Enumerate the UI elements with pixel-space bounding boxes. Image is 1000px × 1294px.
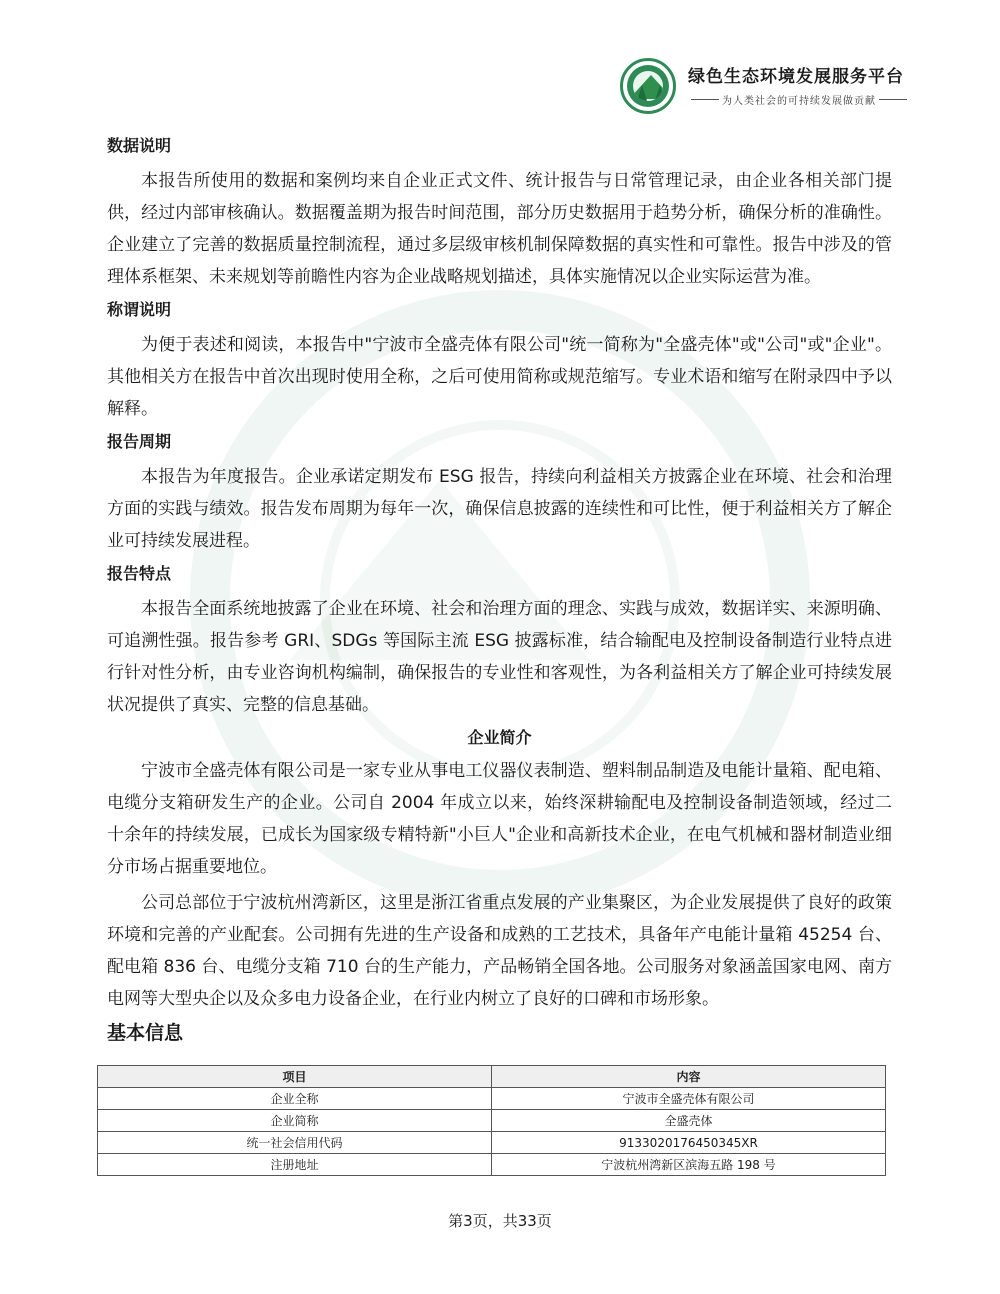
- heading-company-intro: 企业简介: [107, 725, 892, 751]
- slogan-left-rule: [691, 99, 719, 100]
- cell-item: 统一社会信用代码: [98, 1132, 492, 1154]
- cell-item: 企业简称: [98, 1110, 492, 1132]
- heading-naming-note: 称谓说明: [107, 297, 892, 323]
- page-indicator: 第3页，共33页: [0, 1210, 1000, 1231]
- slogan-right-rule: [879, 99, 907, 100]
- table-row: 统一社会信用代码 9133020176450345XR: [98, 1132, 886, 1154]
- heading-report-cycle: 报告周期: [107, 429, 892, 455]
- cell-content: 9133020176450345XR: [492, 1132, 886, 1154]
- cell-content: 宁波市全盛壳体有限公司: [492, 1088, 886, 1110]
- heading-data-note: 数据说明: [107, 133, 892, 159]
- heading-report-features: 报告特点: [107, 561, 892, 587]
- table-row: 企业全称 宁波市全盛壳体有限公司: [98, 1088, 886, 1110]
- cell-item: 注册地址: [98, 1154, 492, 1176]
- table-header-row: 项目 内容: [98, 1066, 886, 1088]
- document-body: 数据说明 本报告所使用的数据和案例均来自企业正式文件、统计报告与日常管理记录，由…: [107, 133, 892, 1051]
- paragraph-company-intro-2: 公司总部位于宁波杭州湾新区，这里是浙江省重点发展的产业集聚区，为企业发展提供了良…: [107, 887, 892, 1015]
- table-row: 注册地址 宁波杭州湾新区滨海五路 198 号: [98, 1154, 886, 1176]
- heading-basic-info: 基本信息: [107, 1019, 892, 1047]
- slogan-text: 为人类社会的可持续发展做贡献: [722, 92, 876, 107]
- platform-slogan: 为人类社会的可持续发展做贡献: [688, 92, 910, 107]
- column-header-content: 内容: [492, 1066, 886, 1088]
- platform-title: 绿色生态环境发展服务平台: [688, 66, 910, 88]
- paragraph-report-features: 本报告全面系统地披露了企业在环境、社会和治理方面的理念、实践与成效，数据详实、来…: [107, 593, 892, 721]
- paragraph-report-cycle: 本报告为年度报告。企业承诺定期发布 ESG 报告，持续向利益相关方披露企业在环境…: [107, 461, 892, 557]
- table-row: 企业简称 全盛壳体: [98, 1110, 886, 1132]
- cell-content: 全盛壳体: [492, 1110, 886, 1132]
- eco-environment-emblem-icon: [620, 58, 676, 114]
- basic-info-table: 项目 内容 企业全称 宁波市全盛壳体有限公司 企业简称 全盛壳体 统一社会信用代…: [97, 1065, 886, 1176]
- platform-logo: 绿色生态环境发展服务平台 为人类社会的可持续发展做贡献: [620, 58, 910, 114]
- cell-content: 宁波杭州湾新区滨海五路 198 号: [492, 1154, 886, 1176]
- paragraph-data-note: 本报告所使用的数据和案例均来自企业正式文件、统计报告与日常管理记录，由企业各相关…: [107, 165, 892, 293]
- cell-item: 企业全称: [98, 1088, 492, 1110]
- paragraph-company-intro-1: 宁波市全盛壳体有限公司是一家专业从事电工仪器仪表制造、塑料制品制造及电能计量箱、…: [107, 755, 892, 883]
- paragraph-naming-note: 为便于表述和阅读，本报告中"宁波市全盛壳体有限公司"统一简称为"全盛壳体"或"公…: [107, 329, 892, 425]
- column-header-item: 项目: [98, 1066, 492, 1088]
